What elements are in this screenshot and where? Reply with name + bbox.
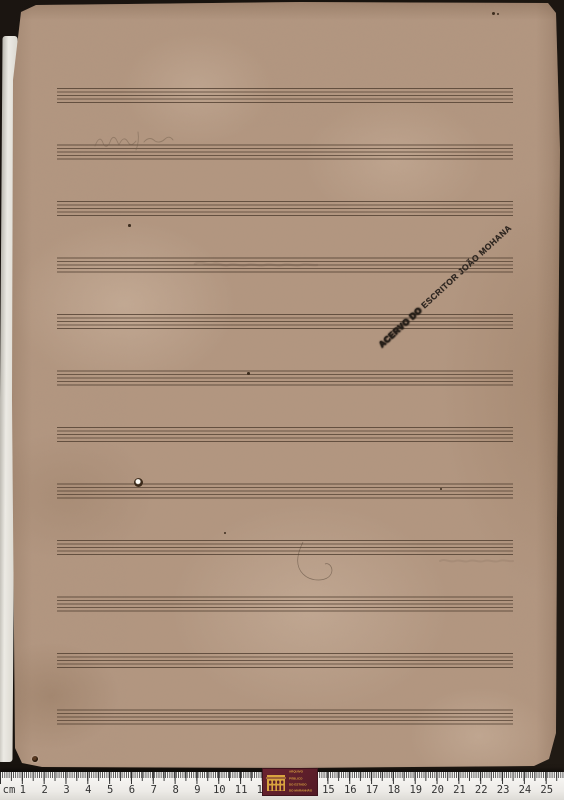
ruler-label: 9 [194, 785, 200, 796]
ruler-label: 20 [431, 785, 444, 796]
ruler-label: 2 [41, 785, 47, 796]
ink-bleedthrough-mark-2 [438, 552, 516, 568]
speck [247, 372, 250, 375]
ruler-label: 25 [540, 785, 553, 796]
ruler-label: 18 [388, 785, 401, 796]
speck [128, 224, 131, 227]
speck [224, 532, 226, 534]
dark-dot [32, 756, 38, 762]
ruler-label: 22 [475, 785, 488, 796]
archive-badge-line: DO ESTADO [289, 784, 302, 787]
archive-badge-text: ARQUIVOPÚBLICODO ESTADODO MARANHÃO [289, 769, 315, 794]
archive-badge-line: ARQUIVO [289, 771, 302, 774]
ruler-label: 7 [151, 785, 157, 796]
ruler-label: 8 [172, 785, 178, 796]
ruler-label: 3 [63, 785, 69, 796]
speck [497, 13, 499, 15]
hair-scratch [293, 540, 341, 586]
ruler-label: 6 [129, 785, 135, 796]
ink-bleedthrough-mark [193, 254, 329, 272]
ruler-label: cm [3, 785, 16, 796]
scanned-page-viewport: ACERVO DO ESCRITOR JOÃO MOHANA cm1234567… [0, 0, 564, 800]
ruler-label: 21 [453, 785, 466, 796]
ruler-label: 16 [344, 785, 357, 796]
ruler-label: 15 [322, 785, 335, 796]
ruler-label: 1 [20, 785, 26, 796]
ruler-label: 5 [107, 785, 113, 796]
ruler-label: 10 [213, 785, 226, 796]
speck [492, 12, 495, 15]
punched-hole [134, 478, 143, 487]
ruler-label: 11 [235, 785, 248, 796]
ruler-label: 19 [409, 785, 422, 796]
speck [440, 488, 442, 490]
archive-building-icon [265, 771, 287, 793]
ruler-label: 23 [497, 785, 510, 796]
archive-badge-line: DO MARANHÃO [289, 790, 302, 793]
ruler-label: 4 [85, 785, 91, 796]
ruler-label: 17 [366, 785, 379, 796]
manuscript-page: ACERVO DO ESCRITOR JOÃO MOHANA [0, 0, 564, 800]
faint-pencil-scribble [92, 128, 174, 156]
archive-badge-line: PÚBLICO [289, 777, 302, 780]
music-staves [57, 88, 513, 725]
archive-badge: ARQUIVOPÚBLICODO ESTADODO MARANHÃO [262, 768, 318, 796]
ruler-label: 24 [519, 785, 532, 796]
